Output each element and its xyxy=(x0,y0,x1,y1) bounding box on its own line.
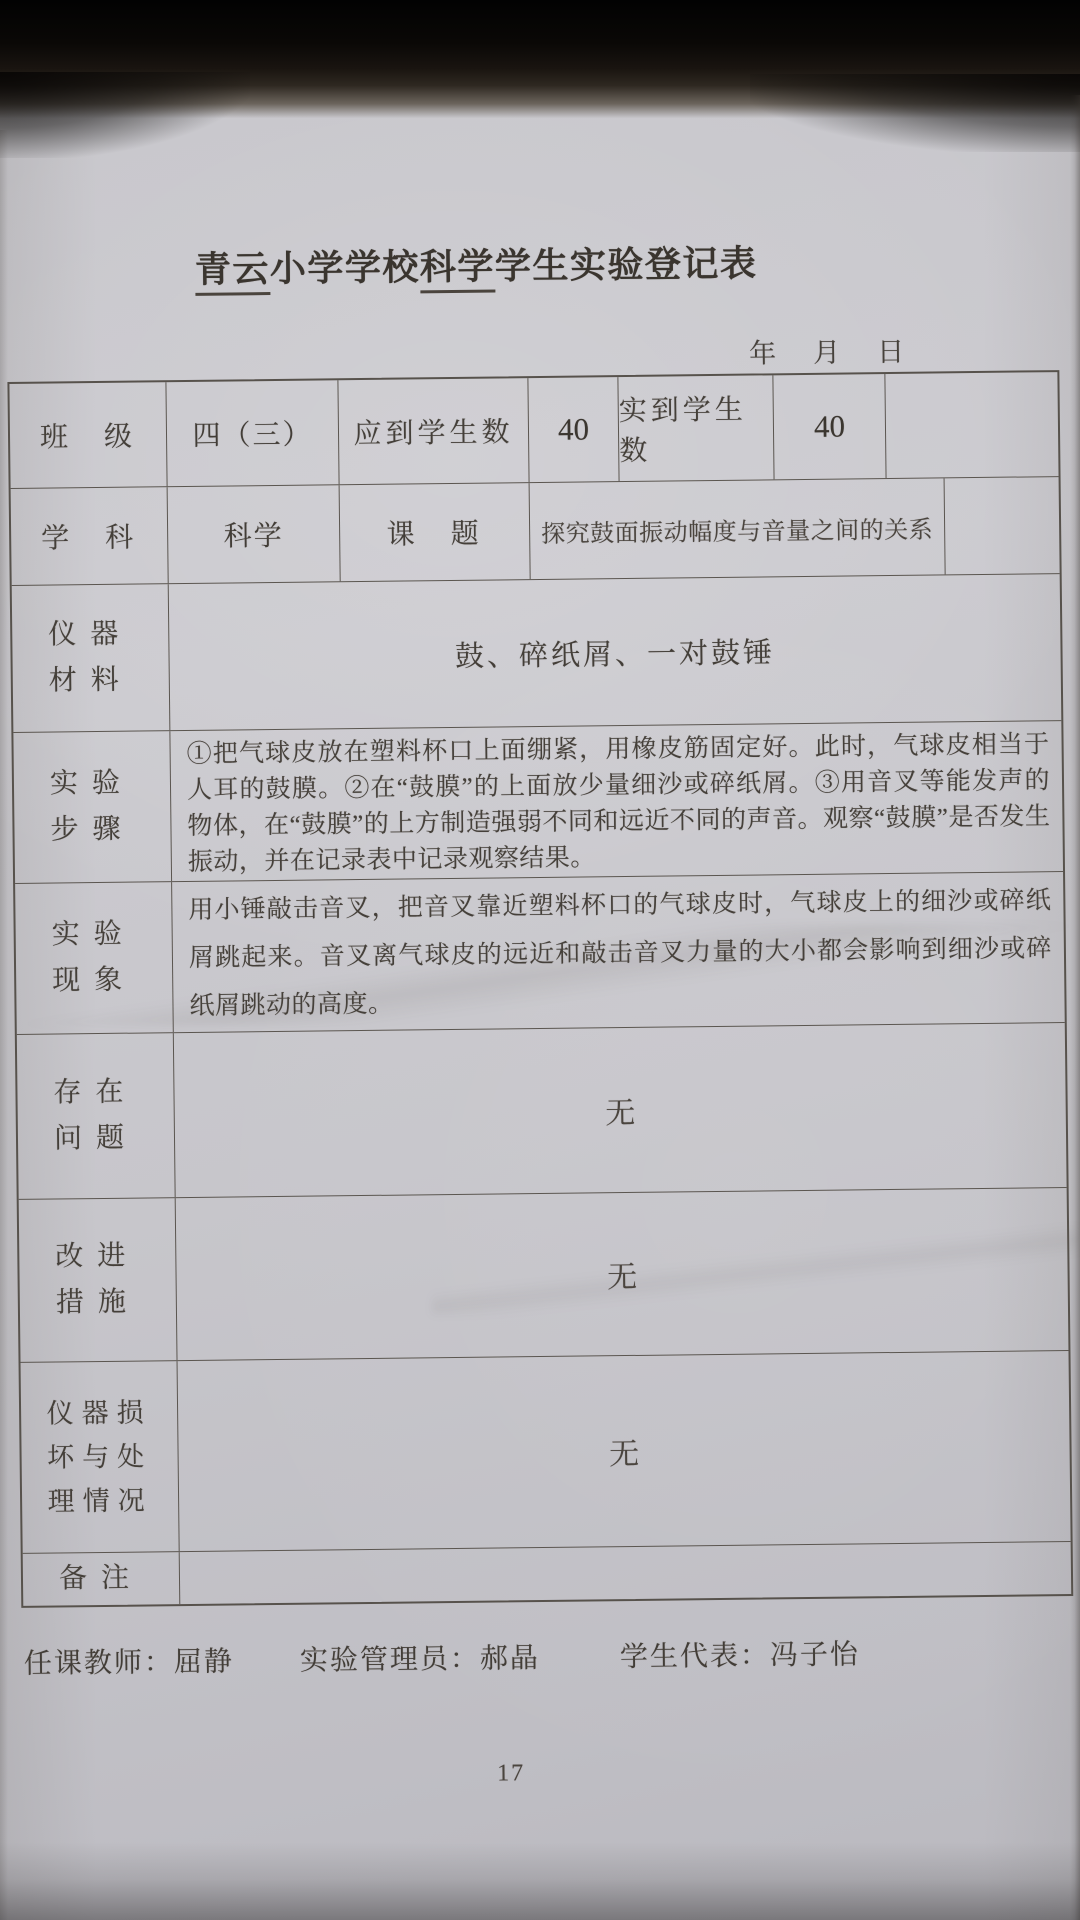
row-damage: 仪器损坏与处理情况 无 xyxy=(21,1351,1071,1554)
class-label-cell: 班 级 xyxy=(9,382,167,488)
topic-label-cell: 课 题 xyxy=(340,483,531,581)
equipment-label-cell: 仪器材料 xyxy=(12,584,171,732)
student-rep-signature: 学生代表：冯子怡 xyxy=(620,1632,860,1675)
remarks-label: 备注 xyxy=(55,1555,148,1602)
steps-label: 实验步骤 xyxy=(46,761,139,854)
improvements-label-cell: 改进措施 xyxy=(19,1198,178,1362)
subject-value-cell: 科学 xyxy=(168,485,341,583)
problems-label: 存在问题 xyxy=(49,1070,142,1163)
title-tail-text: 学生实验登记表 xyxy=(495,243,758,286)
date-line: 年 月 日 xyxy=(749,330,909,371)
page-title: 青云小学学校科学学生实验登记表 xyxy=(0,233,960,295)
row-improvements: 改进措施 无 xyxy=(19,1188,1069,1363)
paper-document: 青云小学学校科学学生实验登记表 年 月 日 班 级 四（三） 应到学生数 40 … xyxy=(0,0,1080,1920)
phenomenon-label: 实验现象 xyxy=(47,912,140,1005)
row-steps: 实验步骤 ①把气球皮放在塑料杯口上面绷紧，用橡皮筋固定好。此时，气球皮相当于人耳… xyxy=(13,721,1063,884)
empty-cell xyxy=(945,477,1060,574)
remarks-label-cell: 备注 xyxy=(23,1552,181,1606)
improvements-value-cell: 无 xyxy=(176,1188,1069,1360)
problems-value-cell: 无 xyxy=(174,1023,1067,1197)
lab-admin-signature: 实验管理员：郝晶 xyxy=(300,1636,540,1679)
steps-label-cell: 实验步骤 xyxy=(13,731,172,883)
actual-students-label-cell: 实到学生数 xyxy=(618,375,774,481)
title-mid-text: 小学学校 xyxy=(270,247,420,289)
signature-line: 任课教师：屈静 实验管理员：郝晶 学生代表：冯子怡 xyxy=(8,1630,1080,1686)
steps-value-cell: ①把气球皮放在塑料杯口上面绷紧，用橡皮筋固定好。此时，气球皮相当于人耳的鼓膜。②… xyxy=(170,721,1063,881)
row-remarks: 备注 xyxy=(23,1542,1072,1606)
photo-of-form: { "title": { "school": "青云", "mid": "小学学… xyxy=(0,0,1080,1920)
row-class-info: 班 级 四（三） 应到学生数 40 实到学生数 40 xyxy=(9,372,1058,489)
teacher-signature: 任课教师：屈静 xyxy=(24,1640,234,1682)
row-phenomenon: 实验现象 用小锤敲击音叉，把音叉靠近塑料杯口的气球皮时，气球皮上的细沙或碎纸屑跳… xyxy=(15,872,1065,1035)
topic-value-cell: 探究鼓面振动幅度与音量之间的关系 xyxy=(530,478,946,579)
phenomenon-label-cell: 实验现象 xyxy=(15,882,174,1034)
subject-label-cell: 学 科 xyxy=(11,487,169,585)
improvements-label: 改进措施 xyxy=(51,1234,144,1327)
damage-label-cell: 仪器损坏与处理情况 xyxy=(21,1361,180,1553)
damage-value-cell: 无 xyxy=(178,1351,1071,1551)
actual-students-value-cell: 40 xyxy=(773,374,886,479)
expected-students-label-cell: 应到学生数 xyxy=(338,378,529,484)
row-equipment: 仪器材料 鼓、碎纸屑、一对鼓锤 xyxy=(12,574,1062,733)
problems-label-cell: 存在问题 xyxy=(17,1033,176,1199)
remarks-value-cell xyxy=(180,1542,1072,1604)
school-name: 青云 xyxy=(195,249,271,296)
phenomenon-value-cell: 用小锤敲击音叉，把音叉靠近塑料杯口的气球皮时，气球皮上的细沙或碎纸屑跳起来。音叉… xyxy=(172,872,1065,1032)
damage-label: 仪器损坏与处理情况 xyxy=(42,1390,157,1523)
equipment-value-cell: 鼓、碎纸屑、一对鼓锤 xyxy=(169,574,1062,730)
expected-students-value-cell: 40 xyxy=(528,377,619,482)
row-problems: 存在问题 无 xyxy=(17,1023,1067,1200)
experiment-form-table: 班 级 四（三） 应到学生数 40 实到学生数 40 学 科 科学 课 题 探究… xyxy=(7,370,1073,1608)
page-number: 17 xyxy=(497,1760,525,1787)
class-value-cell: 四（三） xyxy=(166,380,339,486)
empty-cell xyxy=(885,372,1058,478)
equipment-label: 仪器材料 xyxy=(44,612,137,705)
subject-word: 科学 xyxy=(420,246,496,293)
row-subject-topic: 学 科 科学 课 题 探究鼓面振动幅度与音量之间的关系 xyxy=(11,477,1060,586)
